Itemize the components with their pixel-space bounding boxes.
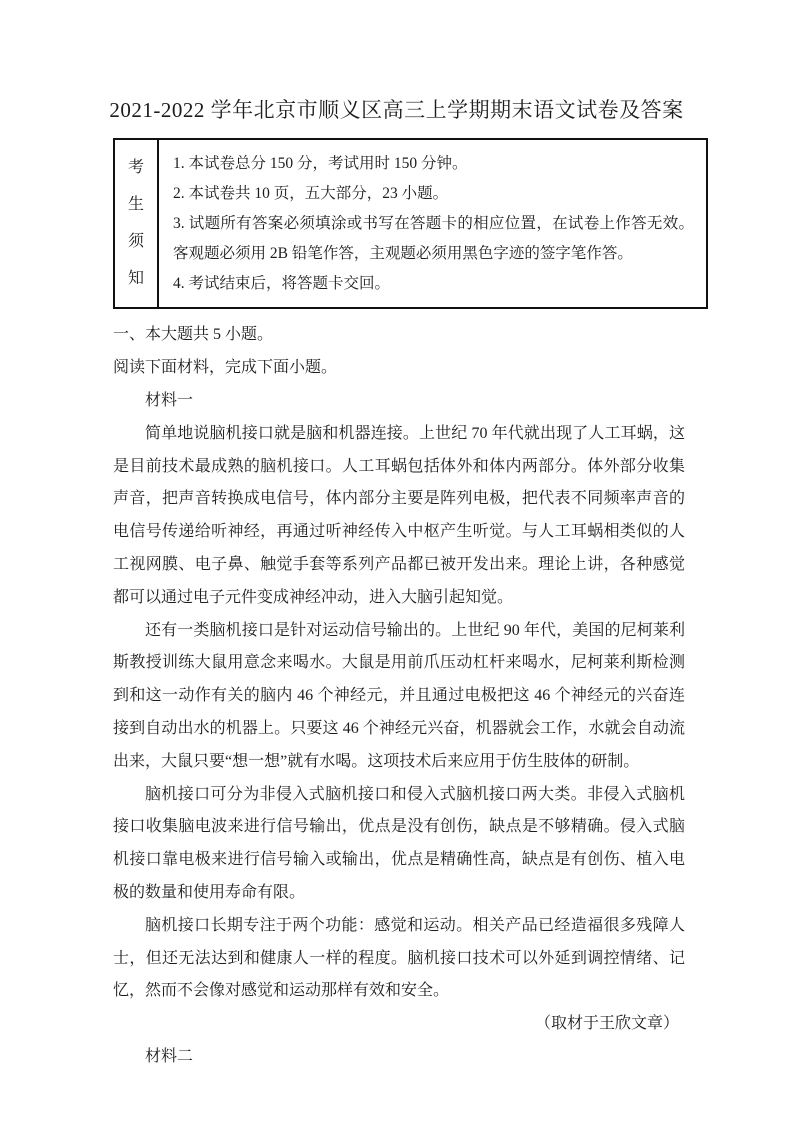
notice-body-cell: 1. 本试卷总分 150 分，考试用时 150 分钟。 2. 本试卷共 10 页… <box>158 139 707 308</box>
body-paragraph-1: 简单地说脑机接口就是脑和机器连接。上世纪 70 年代就出现了人工耳蜗，这是目前技… <box>113 418 685 615</box>
notice-label-char: 考 <box>115 150 157 187</box>
notice-label-char: 须 <box>115 224 157 261</box>
notice-label-char: 知 <box>115 261 157 298</box>
material-1-label: 材料一 <box>113 385 685 418</box>
document-body: 一、本大题共 5 小题。 阅读下面材料，完成下面小题。 材料一 简单地说脑机接口… <box>113 319 685 1073</box>
notice-table: 考 生 须 知 1. 本试卷总分 150 分，考试用时 150 分钟。 2. 本… <box>113 138 708 309</box>
exam-paper-page: 2021-2022 学年北京市顺义区高三上学期期末语文试卷及答案 考 生 须 知… <box>0 0 793 1122</box>
material-2-label: 材料二 <box>113 1041 685 1074</box>
page-title: 2021-2022 学年北京市顺义区高三上学期期末语文试卷及答案 <box>109 0 684 134</box>
source-attribution: （取材于王欣文章） <box>113 1008 685 1041</box>
notice-item-4: 4. 考试结束后，将答题卡交回。 <box>173 269 694 299</box>
body-paragraph-4: 脑机接口长期专注于两个功能：感觉和运动。相关产品已经造福很多残障人士，但还无法达… <box>113 910 685 1008</box>
notice-item-3: 3. 试题所有答案必须填涂或书写在答题卡的相应位置，在试卷上作答无效。客观题必须… <box>173 209 694 269</box>
notice-label-column: 考 生 须 知 <box>114 139 158 308</box>
notice-item-2: 2. 本试卷共 10 页，五大部分，23 小题。 <box>173 179 694 209</box>
reading-instruction: 阅读下面材料，完成下面小题。 <box>113 352 685 385</box>
notice-item-1: 1. 本试卷总分 150 分，考试用时 150 分钟。 <box>173 149 694 179</box>
notice-label-char: 生 <box>115 187 157 224</box>
body-paragraph-2: 还有一类脑机接口是针对运动信号输出的。上世纪 90 年代，美国的尼柯莱利斯教授训… <box>113 615 685 779</box>
body-paragraph-3: 脑机接口可分为非侵入式脑机接口和侵入式脑机接口两大类。非侵入式脑机接口收集脑电波… <box>113 779 685 910</box>
section-heading: 一、本大题共 5 小题。 <box>113 319 685 352</box>
